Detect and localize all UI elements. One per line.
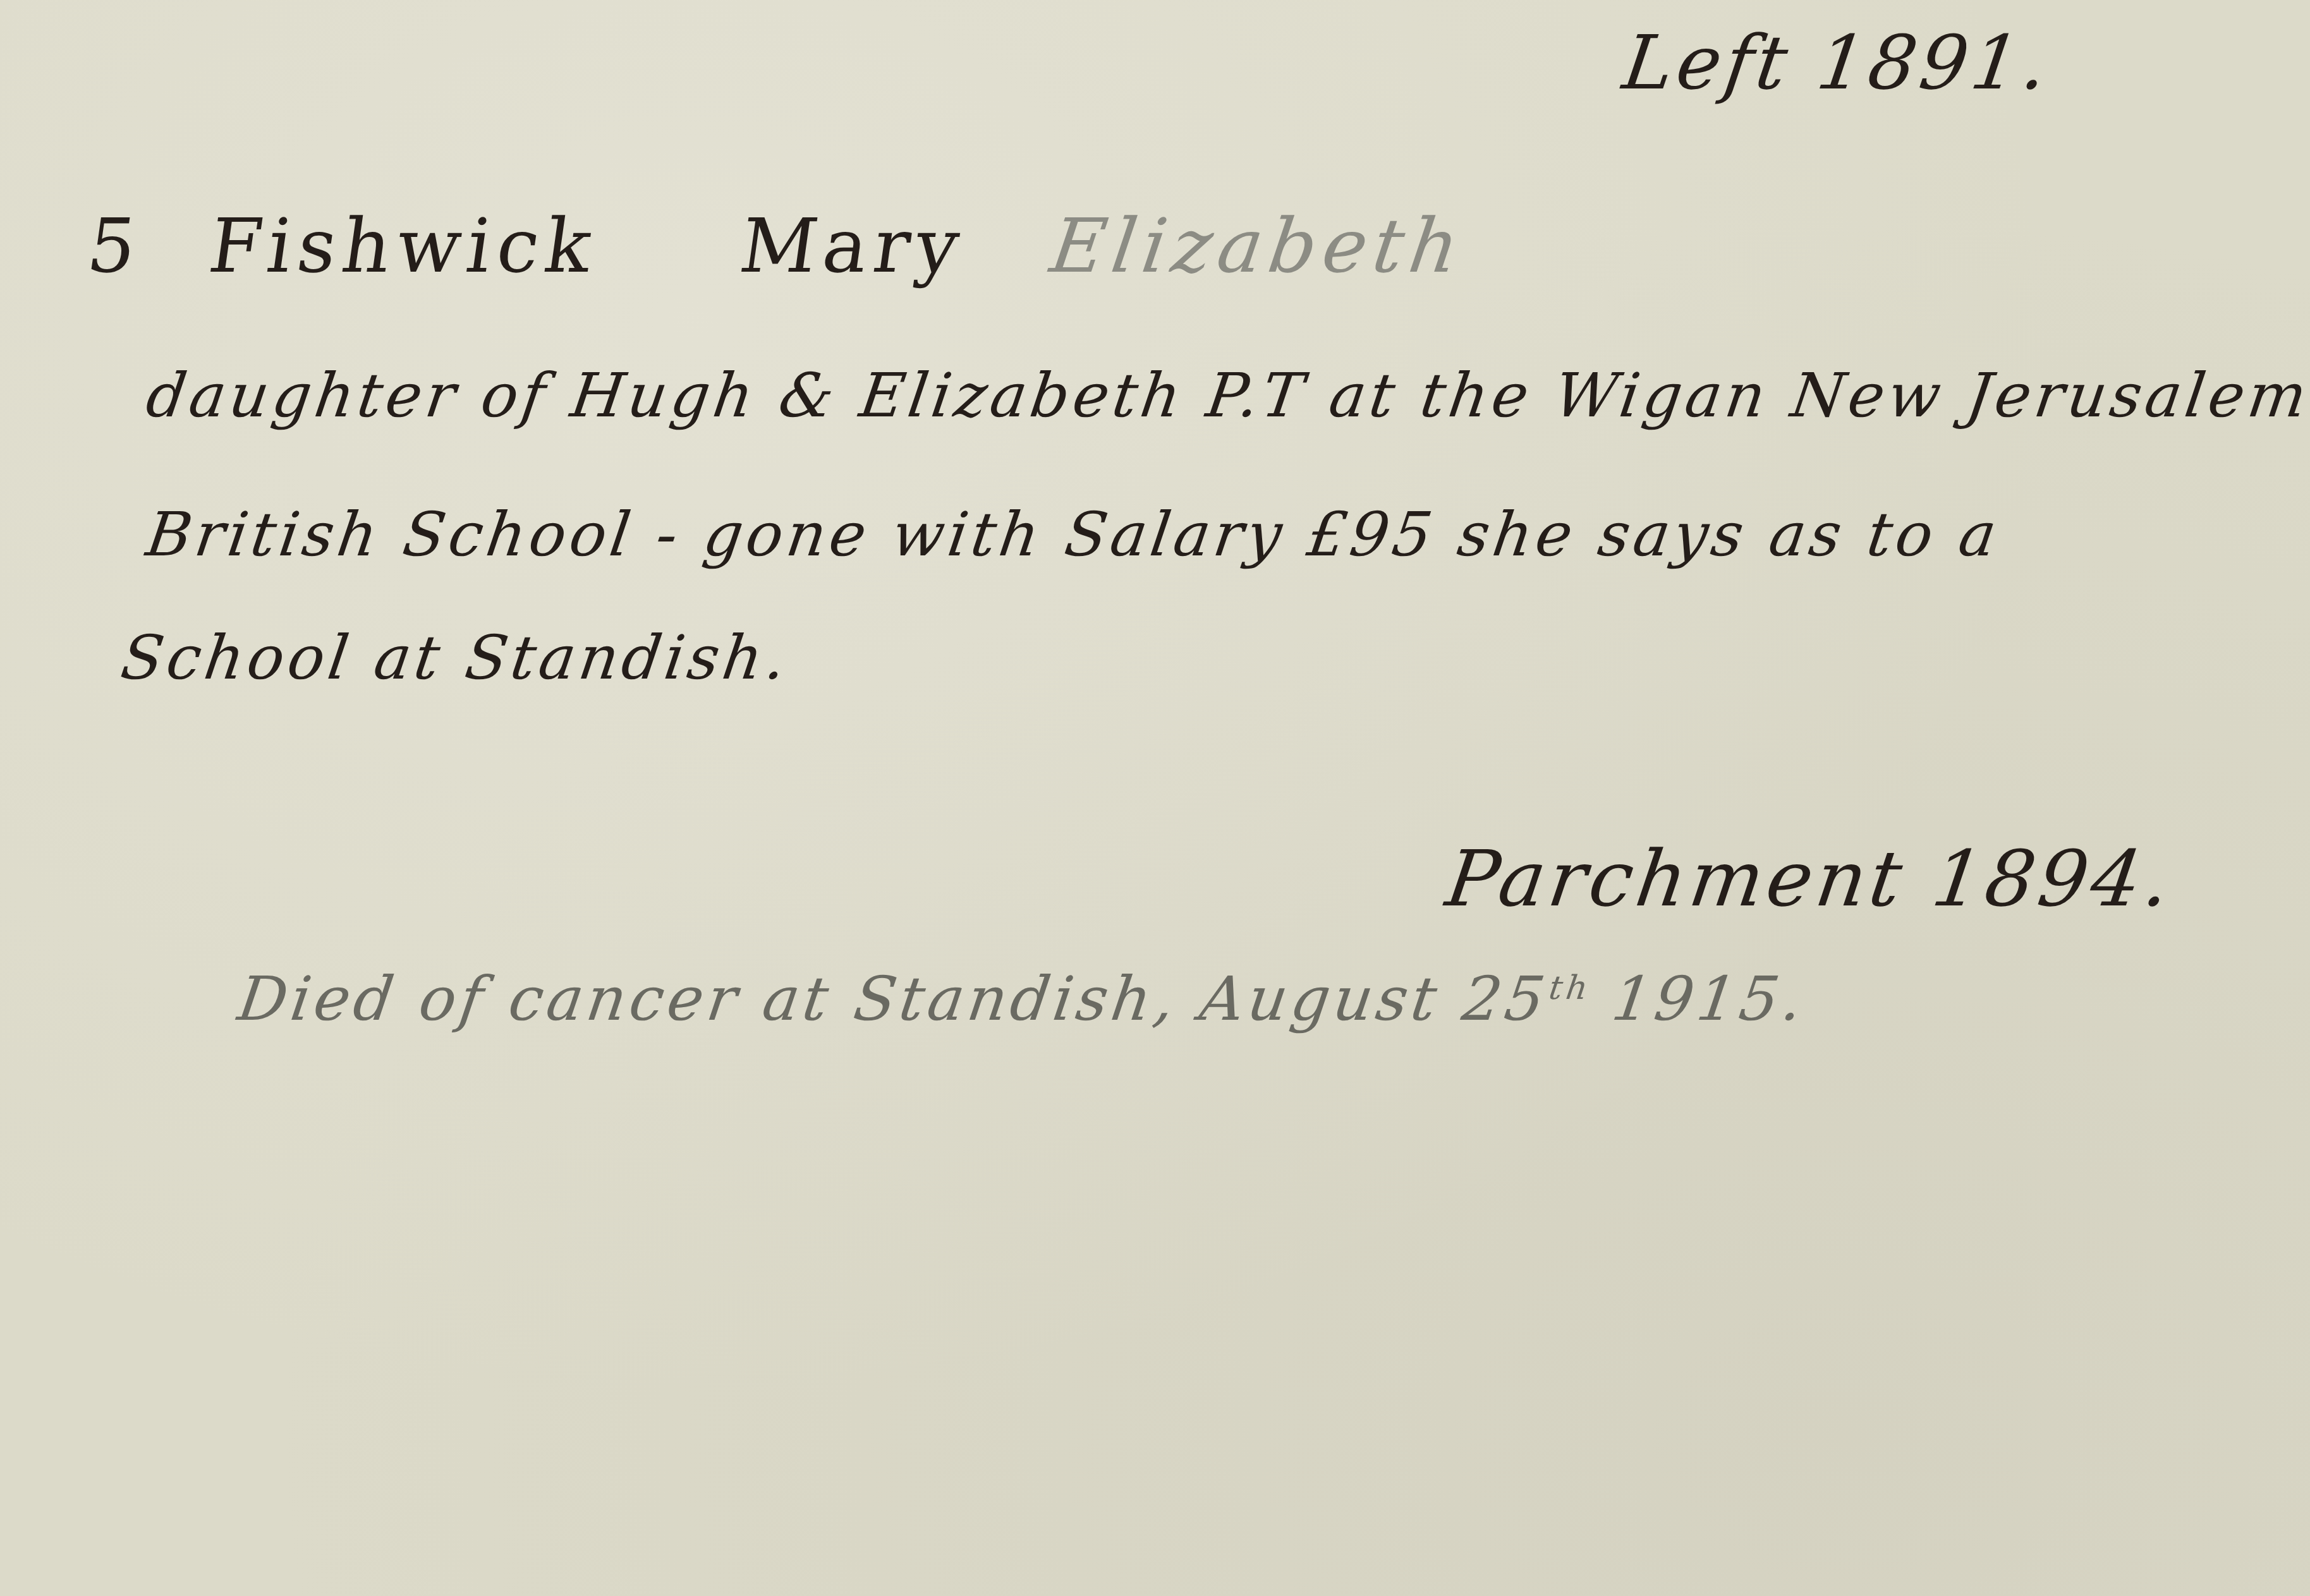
left-date-note: Left 1891. <box>1618 19 2057 106</box>
death-note: Died of cancer at Standish, August 25th … <box>234 964 1811 1034</box>
death-note-text: Died of cancer at Standish, August 25 <box>234 964 1553 1034</box>
entry-header: 5 Fishwick Mary Elizabeth <box>82 202 1471 289</box>
entry-body-line-3: School at Standish. <box>117 622 794 693</box>
parchment-note: Parchment 1894. <box>1441 834 2179 924</box>
register-page: Left 1891. 5 Fishwick Mary Elizabeth dau… <box>0 0 2310 1596</box>
entry-middle-name: Elizabeth <box>1045 202 1470 289</box>
death-note-year: 1915. <box>1584 964 1810 1034</box>
entry-forename: Mary <box>735 202 971 289</box>
entry-body-line-2: British School - gone with Salary £95 sh… <box>142 499 2005 570</box>
entry-number: 5 <box>82 202 148 289</box>
entry-body-line-1: daughter of Hugh & Elizabeth P.T at the … <box>142 360 2310 431</box>
death-note-ordinal: th <box>1547 969 1594 1007</box>
entry-surname: Fishwick <box>204 202 604 289</box>
